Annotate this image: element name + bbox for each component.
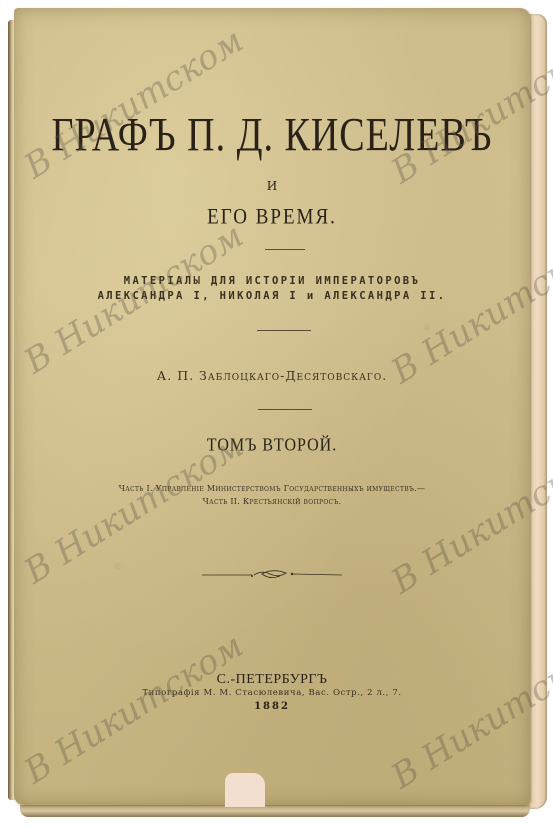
divider-rule [258,409,312,410]
author-name: А. П. Заблоцкаго-Десятовскаго. [14,368,530,383]
volume-contents: Часть I. Управленiе Министерствомъ Госуд… [14,482,530,508]
publication-year: 1882 [14,701,530,712]
series-line-2: АЛЕКСАНДРА I, НИКОЛАЯ I и АЛЕКСАНДРА II. [14,289,530,304]
ornament-flourish-icon [202,568,342,582]
book-title: ГРАФЪ П. Д. КИСЕЛЕВЪ [14,108,530,163]
book-subtitle: ЕГО ВРЕМЯ. [14,205,530,230]
part-1: Часть I. Управленiе Министерствомъ Госуд… [14,482,530,495]
part-2: Часть II. Крестьянскiй вопросъ. [14,495,530,508]
printer-imprint: Типографiя М. М. Стасюлевича, Вас. Остр.… [14,688,530,698]
divider-rule [265,249,305,250]
series-description: МАТЕРIАЛЫ ДЛЯ ИСТОРIИ ИМПЕРАТОРОВЪ АЛЕКС… [14,274,530,304]
volume-label: ТОМЪ ВТОРОЙ. [14,436,530,456]
title-page-text: ГРАФЪ П. Д. КИСЕЛЕВЪ И ЕГО ВРЕМЯ. МАТЕРI… [14,8,530,805]
publication-city: С.-ПЕТЕРБУРГЪ [14,672,530,688]
divider-rule [257,330,311,331]
series-line-1: МАТЕРIАЛЫ ДЛЯ ИСТОРIИ ИМПЕРАТОРОВЪ [14,274,530,289]
page-edges-bottom [20,805,530,817]
title-conjunction: И [14,179,530,193]
